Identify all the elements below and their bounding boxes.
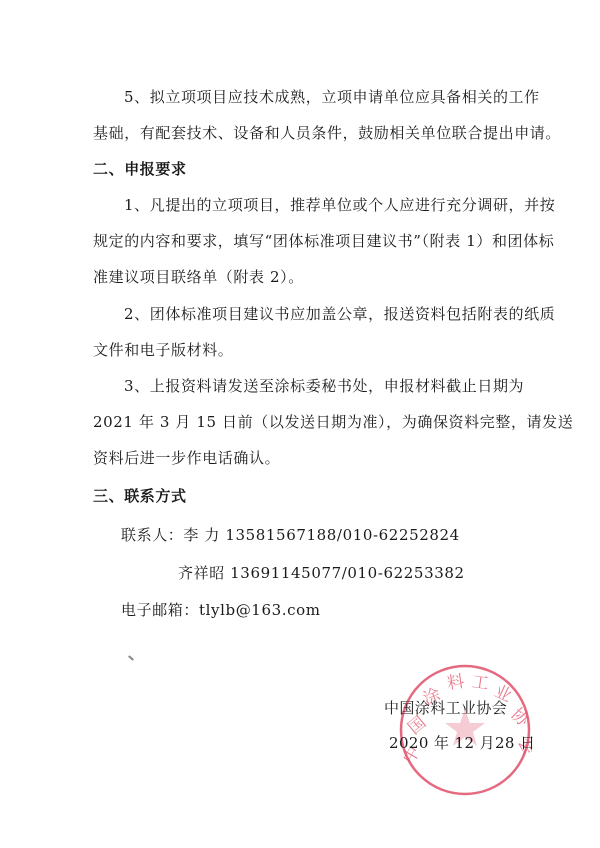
requirement-1-line-3: 准建议项目联络单（附表 2）。 xyxy=(93,268,304,286)
paragraph-5-line-1: 5、拟立项项目应技术成熟，立项申请单位应具备相关的工作 xyxy=(124,88,540,106)
contact-email: 电子邮箱：tlylb@163.com xyxy=(121,601,321,619)
stray-mark xyxy=(128,655,134,660)
requirement-2-line-2: 文件和电子版材料。 xyxy=(93,341,233,359)
contact-person-2: 齐祥昭 13691145077/010-62253382 xyxy=(178,564,465,582)
requirement-2-line-1: 2、团体标准项目建议书应加盖公章，报送资料包括附表的纸质 xyxy=(124,305,555,323)
section-heading-requirements: 二、申报要求 xyxy=(93,160,187,178)
requirement-3-line-1: 3、上报资料请发送至涂标委秘书处，申报材料截止日期为 xyxy=(124,377,524,395)
section-heading-contact: 三、联系方式 xyxy=(93,487,187,505)
requirement-1-line-2: 规定的内容和要求，填写“团体标准项目建议书”（附表 1）和团体标 xyxy=(93,232,554,250)
official-seal-icon: 中 国 涂 料 工 业 协 会 xyxy=(398,663,532,797)
requirement-1-line-1: 1、凡提出的立项项目，推荐单位或个人应进行充分调研，并按 xyxy=(124,196,555,214)
contact-person-1: 联系人：李 力 13581567188/010-62252824 xyxy=(121,526,460,544)
requirement-3-line-3: 资料后进一步作电话确认。 xyxy=(93,449,280,467)
signature-organization: 中国涂料工业协会 xyxy=(384,697,507,718)
svg-text:料: 料 xyxy=(446,672,466,694)
signature-date: 2020 年 12 月28 日 xyxy=(389,732,535,753)
paragraph-5-line-2: 基础，有配套技术、设备和人员条件，鼓励相关单位联合提出申请。 xyxy=(93,124,561,142)
svg-text:工: 工 xyxy=(470,672,490,694)
requirement-3-line-2: 2021 年 3 月 15 日前（以发送日期为准），为确保资料完整，请发送 xyxy=(93,413,573,431)
